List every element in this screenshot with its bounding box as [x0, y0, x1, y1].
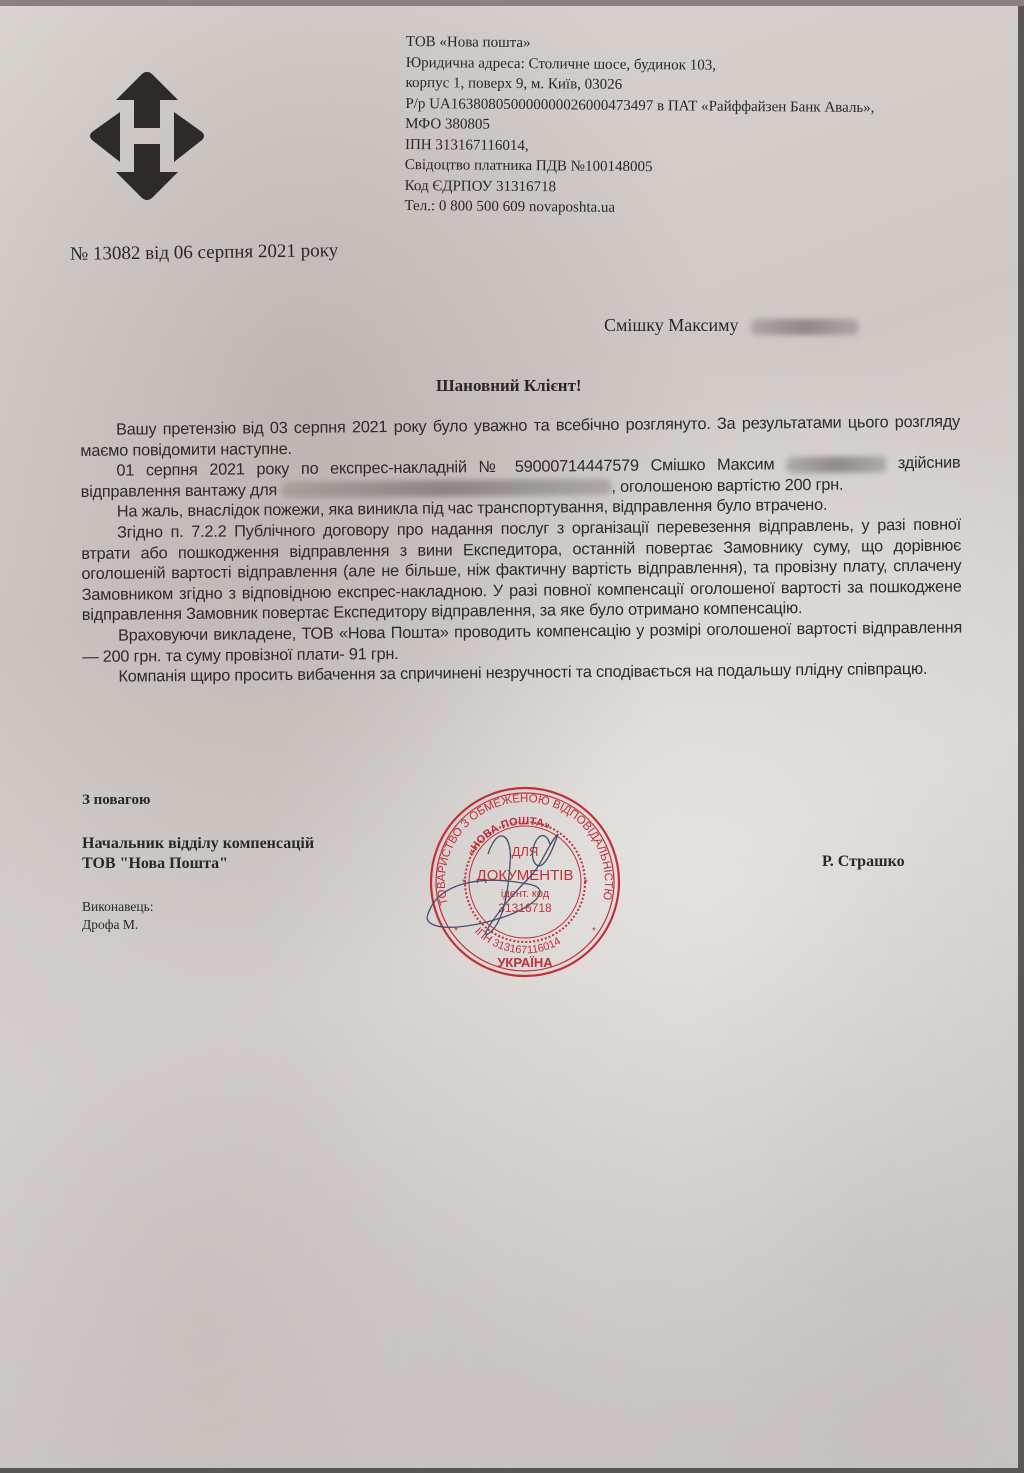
- svg-text:*: *: [584, 878, 588, 889]
- paragraph-shipment: 01 серпня 2021 року по експрес-накладній…: [80, 453, 960, 503]
- contact-phone-website: Тел.: 0 800 500 609 novaposhta.ua: [404, 196, 873, 221]
- company-header: ТОВ «Нова пошта» Юридична адреса: Столич…: [404, 32, 875, 221]
- signer-position: Начальник відділу компенсацій ТОВ "Нова …: [82, 834, 314, 874]
- closing: З повагою: [82, 792, 150, 809]
- redacted-sender: [786, 456, 886, 473]
- svg-text:ідент. код: ідент. код: [501, 888, 550, 900]
- recipient-name: Смішку Максиму: [604, 315, 739, 335]
- letter-paper: ТОВ «Нова пошта» Юридична адреса: Столич…: [0, 6, 1018, 1468]
- letter-number: № 13082 від 06 серпня 2021 року: [70, 240, 338, 266]
- redacted-receiver: [281, 479, 611, 498]
- company-stamp: ТОВАРИСТВО З ОБМЕЖЕНОЮ ВІДПОВІДАЛЬНІСТЮ …: [418, 784, 632, 980]
- nova-poshta-logo-icon: [86, 70, 208, 202]
- svg-text:УКРАЇНА: УКРАЇНА: [497, 955, 553, 970]
- paragraph-contract: Згідно п. 7.2.2 Публічного договору про …: [81, 515, 962, 626]
- letter-body: Вашу претензію від 03 серпня 2021 року б…: [80, 412, 963, 688]
- svg-text:*: *: [592, 926, 596, 937]
- executor-label: Виконавець:: [82, 898, 154, 916]
- signer-name: Р. Страшко: [822, 853, 905, 871]
- redacted-surname: [751, 319, 859, 335]
- executor-name: Дрофа М.: [82, 916, 154, 934]
- recipient: Смішку Максиму: [604, 315, 859, 336]
- salutation: Шановний Клієнт!: [436, 376, 582, 396]
- executor: Виконавець: Дрофа М.: [82, 898, 154, 934]
